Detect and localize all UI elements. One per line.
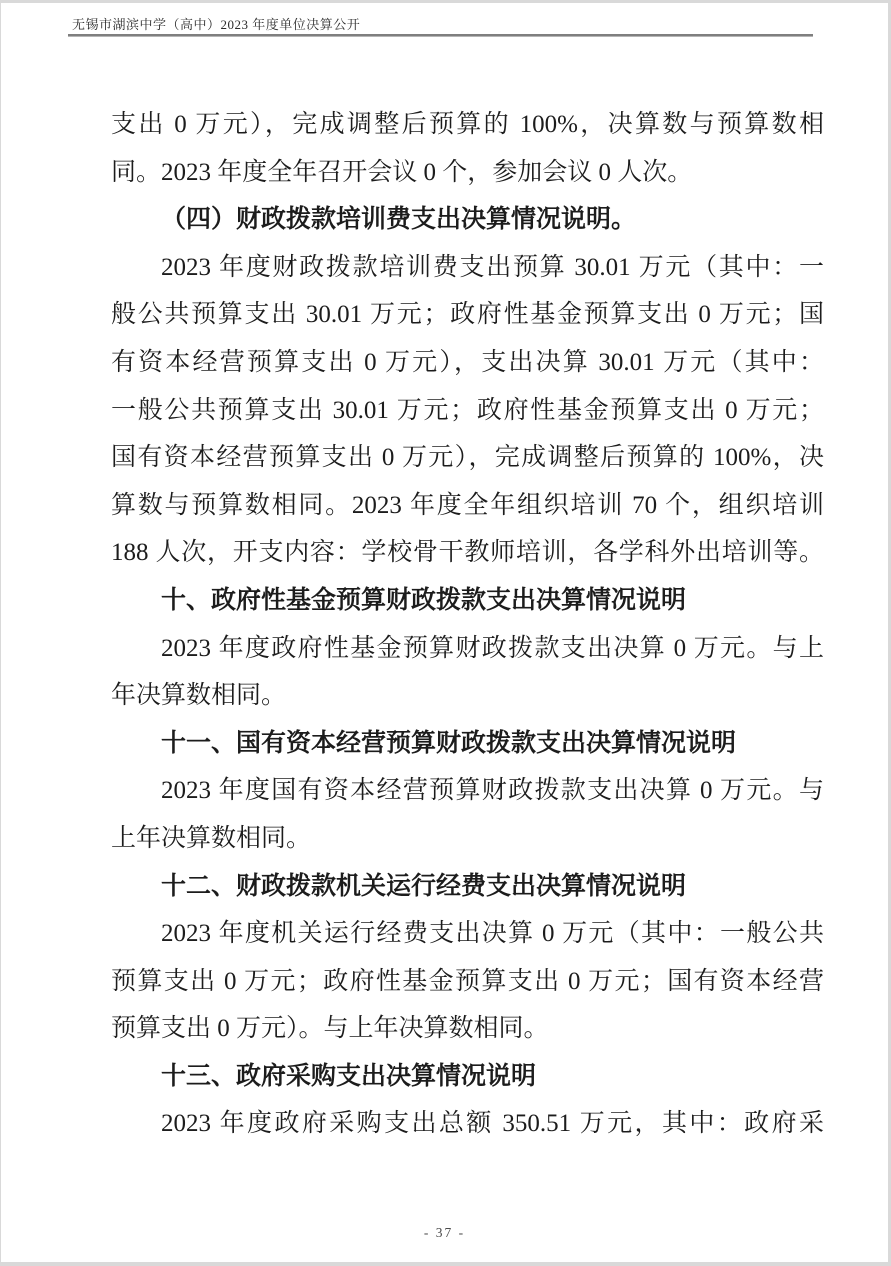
paragraph-line: 2023 年度国有资本经营预算财政拨款支出决算 0 万元。与: [111, 767, 824, 815]
paragraph-line: 般公共预算支出 30.01 万元；政府性基金预算支出 0 万元；国: [111, 291, 824, 339]
document-header-title: 无锡市湖滨中学（高中）2023 年度单位决算公开: [72, 16, 816, 34]
paragraph-line: 年决算数相同。: [111, 672, 824, 720]
paragraph-line: 一般公共预算支出 30.01 万元；政府性基金预算支出 0 万元；: [111, 387, 824, 435]
section-heading: 十一、国有资本经营预算财政拨款支出决算情况说明: [111, 720, 824, 768]
paragraph-line: 2023 年度财政拨款培训费支出预算 30.01 万元（其中：一: [111, 244, 824, 292]
pdf-page-view: { "page": { "header": { "title": "无锡市湖滨中…: [0, 0, 891, 1266]
paragraph-line: 支出 0 万元），完成调整后预算的 100%，决算数与预算数相: [111, 101, 824, 149]
document-page: 无锡市湖滨中学（高中）2023 年度单位决算公开 支出 0 万元），完成调整后预…: [1, 3, 888, 1262]
paragraph-line: 188 人次，开支内容：学校骨干教师培训，各学科外出培训等。: [111, 529, 824, 577]
document-body: 支出 0 万元），完成调整后预算的 100%，决算数与预算数相 同。2023 年…: [111, 101, 824, 1148]
paragraph-line: 有资本经营预算支出 0 万元），支出决算 30.01 万元（其中：: [111, 339, 824, 387]
paragraph-line: 国有资本经营预算支出 0 万元），完成调整后预算的 100%，决: [111, 434, 824, 482]
paragraph-line: 2023 年度政府性基金预算财政拨款支出决算 0 万元。与上: [111, 625, 824, 673]
paragraph-line: 同。2023 年度全年召开会议 0 个，参加会议 0 人次。: [111, 149, 824, 197]
paragraph-line: 算数与预算数相同。2023 年度全年组织培训 70 个，组织培训: [111, 482, 824, 530]
header-rule: [68, 34, 813, 37]
paragraph-line: 上年决算数相同。: [111, 815, 824, 863]
section-heading: 十二、财政拨款机关运行经费支出决算情况说明: [111, 863, 824, 911]
paragraph-line: 预算支出 0 万元）。与上年决算数相同。: [111, 1005, 824, 1053]
section-heading: 十三、政府采购支出决算情况说明: [111, 1053, 824, 1101]
paragraph-line: 预算支出 0 万元；政府性基金预算支出 0 万元；国有资本经营: [111, 958, 824, 1006]
paragraph-line: 2023 年度机关运行经费支出决算 0 万元（其中：一般公共: [111, 910, 824, 958]
section-heading: （四）财政拨款培训费支出决算情况说明。: [111, 196, 824, 244]
paragraph-line: 2023 年度政府采购支出总额 350.51 万元，其中：政府采: [111, 1100, 824, 1148]
page-number: - 37 -: [1, 1225, 888, 1241]
section-heading: 十、政府性基金预算财政拨款支出决算情况说明: [111, 577, 824, 625]
